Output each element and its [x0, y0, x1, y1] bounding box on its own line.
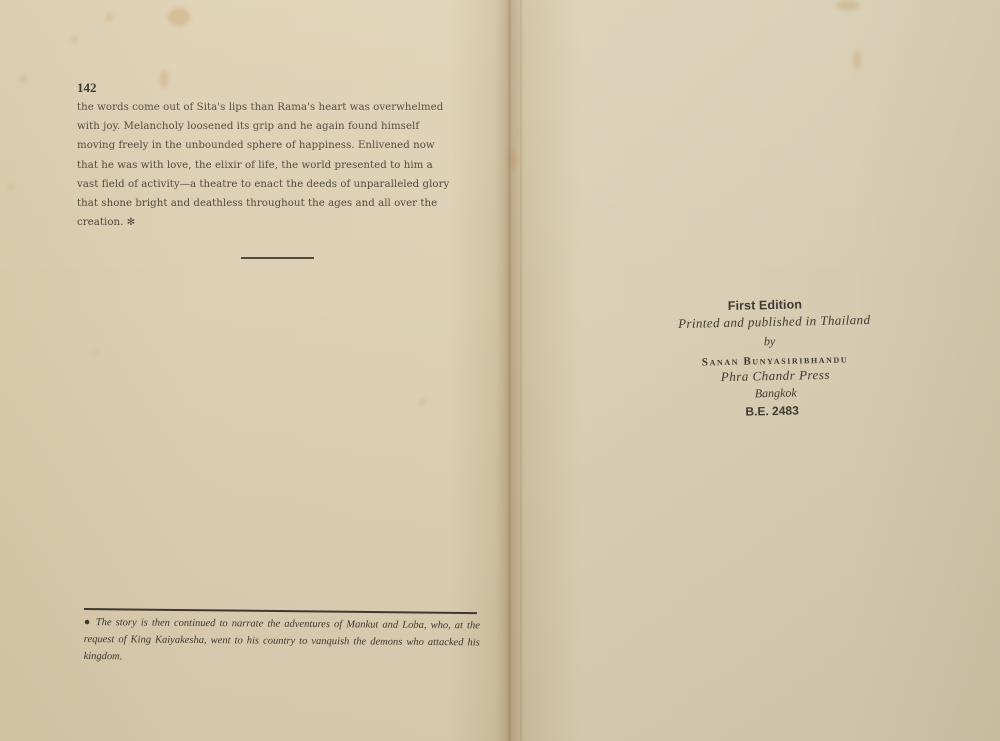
foxing-spot — [72, 37, 77, 42]
foxing-spot — [836, 0, 860, 10]
book-spine-edge — [520, 0, 522, 741]
body-line: the words come out of Sita's lips than R… — [77, 98, 476, 117]
foxing-spot — [853, 50, 861, 70]
foxing-spot — [160, 70, 168, 88]
book-spine — [508, 0, 511, 741]
imprint-block: First Edition Printed and published in T… — [639, 295, 911, 421]
page-number: 142 — [77, 80, 97, 96]
foxing-spot — [8, 185, 13, 190]
body-line: vast field of activity—a theatre to enac… — [77, 175, 476, 194]
footnote: ● The story is then continued to narrate… — [84, 614, 480, 668]
section-end-rule — [241, 257, 314, 259]
by-line: by — [630, 331, 910, 352]
publication-city: Bangkok — [641, 383, 911, 404]
publication-year: B.E. 2483 — [633, 401, 911, 421]
body-line: that he was with love, the elixir of lif… — [77, 156, 476, 175]
body-text: the words come out of Sita's lips than R… — [77, 98, 476, 232]
foxing-spot — [20, 76, 26, 82]
footnote-rule — [84, 608, 477, 614]
foxing-spot — [420, 400, 425, 405]
book-spread: 142 the words come out of Sita's lips th… — [0, 0, 1000, 741]
printed-in-line: Printed and published in Thailand — [639, 311, 909, 333]
foxing-spot — [168, 8, 190, 26]
body-line: creation. ✻ — [77, 213, 476, 232]
foxing-spot — [106, 14, 113, 21]
foxing-spot — [94, 350, 98, 354]
body-line: moving freely in the unbounded sphere of… — [77, 136, 476, 155]
body-line: that shone bright and deathless througho… — [77, 194, 476, 213]
body-line: with joy. Melancholy loosened its grip a… — [77, 117, 476, 136]
